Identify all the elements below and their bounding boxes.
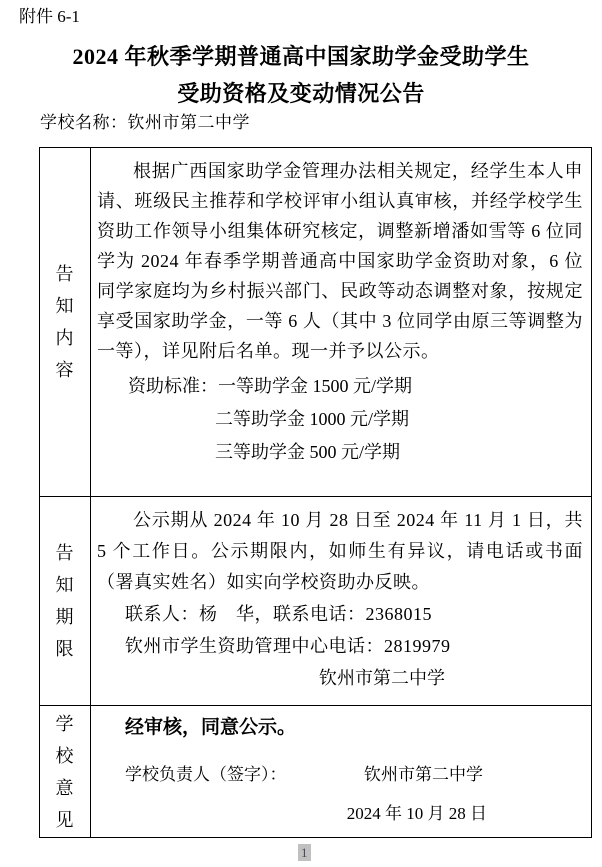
row-label-notice-period: 告知期限 xyxy=(40,497,91,706)
contact-person-line: 联系人：杨 华，联系电话：2368015 xyxy=(97,598,583,630)
title-line-2: 受助资格及变动情况公告 xyxy=(0,75,602,112)
standard-tier-3: 三等助学金 500 元/学期 xyxy=(97,436,583,469)
title-line-1: 2024 年秋季学期普通高中国家助学金受助学生 xyxy=(0,38,602,75)
row-label-notice-content: 告知内容 xyxy=(40,148,91,497)
notice-period-paragraph: 公示期从 2024 年 10 月 28 日至 2024 年 11 月 1 日，共… xyxy=(97,505,583,598)
row-label-text: 告知内容 xyxy=(47,258,83,386)
standard-tier-1-line: 资助标准：一等助学金 1500 元/学期 xyxy=(97,370,583,403)
table-row: 告知内容 根据广西国家助学金管理办法相关规定，经学生本人申请、班级民主推荐和学校… xyxy=(40,148,592,497)
notice-period-cell: 公示期从 2024 年 10 月 28 日至 2024 年 11 月 1 日，共… xyxy=(91,497,592,706)
table-row: 告知期限 公示期从 2024 年 10 月 28 日至 2024 年 11 月 … xyxy=(40,497,592,706)
signer-label: 学校负责人（签字）： xyxy=(125,764,287,786)
document-title: 2024 年秋季学期普通高中国家助学金受助学生 受助资格及变动情况公告 xyxy=(0,38,602,112)
standard-tier-2: 二等助学金 1000 元/学期 xyxy=(97,403,583,436)
school-name-line: 学校名称：钦州市第二中学 xyxy=(40,112,250,134)
approval-statement: 经审核，同意公示。 xyxy=(97,716,583,740)
school-opinion-cell: 经审核，同意公示。 学校负责人（签字）： 钦州市第二中学 2024 年 10 月… xyxy=(91,706,592,838)
row-label-text: 告知期限 xyxy=(47,537,83,665)
document-page: 附件 6-1 2024 年秋季学期普通高中国家助学金受助学生 受助资格及变动情况… xyxy=(0,0,602,867)
signature-date: 2024 年 10 月 28 日 xyxy=(97,803,583,825)
row-label-school-opinion: 学校意见 xyxy=(40,706,91,838)
school-name-value: 钦州市第二中学 xyxy=(128,113,251,132)
school-name-label: 学校名称： xyxy=(40,113,128,132)
notice-table: 告知内容 根据广西国家助学金管理办法相关规定，经学生本人申请、班级民主推荐和学校… xyxy=(39,147,592,838)
aid-standards-block: 资助标准：一等助学金 1500 元/学期 二等助学金 1000 元/学期 三等助… xyxy=(97,370,583,469)
aid-center-phone-line: 钦州市学生资助管理中心电话：2819979 xyxy=(97,630,583,662)
standard-tier-1: 一等助学金 1500 元/学期 xyxy=(218,376,412,396)
standards-label: 资助标准： xyxy=(128,376,218,396)
page-number: 1 xyxy=(298,844,311,861)
attachment-label: 附件 6-1 xyxy=(19,6,80,28)
signature-row: 学校负责人（签字）： 钦州市第二中学 xyxy=(97,764,583,786)
row-label-text: 学校意见 xyxy=(47,708,83,836)
school-signature: 钦州市第二中学 xyxy=(97,662,583,695)
notice-content-paragraph: 根据广西国家助学金管理办法相关规定，经学生本人申请、班级民主推荐和学校评审小组认… xyxy=(97,156,583,366)
table-row: 学校意见 经审核，同意公示。 学校负责人（签字）： 钦州市第二中学 2024 年… xyxy=(40,706,592,838)
notice-content-cell: 根据广西国家助学金管理办法相关规定，经学生本人申请、班级民主推荐和学校评审小组认… xyxy=(91,148,592,497)
school-signature: 钦州市第二中学 xyxy=(364,764,483,786)
